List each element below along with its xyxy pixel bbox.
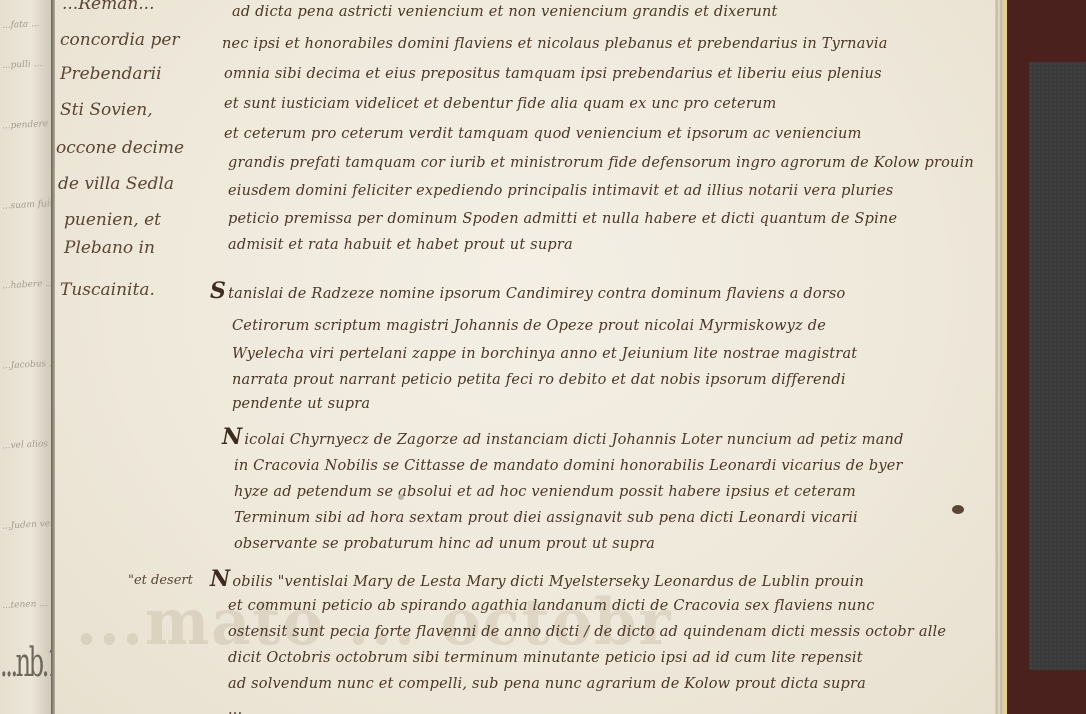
text-line: narrata prout narrant peticio petita fec… [232, 372, 846, 388]
text-line: ostensit sunt pecia forte flavenni de an… [228, 624, 946, 640]
left-page-fragment: ...fata ... ...pulli ... ...pendere ... … [0, 0, 52, 714]
margin-note: concordia per [60, 30, 180, 50]
margin-note: Tuscainita. [60, 280, 155, 300]
ghost-line: ...pulli ... [2, 59, 43, 71]
decorated-initial: N [210, 566, 230, 592]
text-line: Wyelecha viri pertelani zappe in borchin… [232, 346, 857, 362]
left-page-label: ...nb.118 [0, 640, 52, 686]
ghost-line: ...Juden vel ... [2, 518, 52, 531]
text-line: Nobilis "ventislai Mary de Lesta Mary di… [210, 566, 864, 592]
margin-note: Plebano in [64, 238, 155, 258]
decorated-initial: S [210, 278, 226, 304]
text-line: Nicolai Chyrnyecz de Zagorze ad instanci… [222, 424, 904, 450]
bleed-through-text: ...mato ... octobr [76, 585, 673, 660]
text-line: et communi peticio ab spirando agathia l… [228, 598, 875, 614]
decorated-initial: N [222, 424, 242, 450]
margin-note: occone decime [56, 138, 184, 158]
margin-note: puenien, et [64, 210, 161, 230]
ghost-line: ...Jacobus ... [2, 359, 52, 372]
text-line: pendente ut supra [232, 396, 370, 412]
margin-note: ...Reman... [62, 0, 155, 14]
margin-note: "et desert [128, 573, 193, 588]
paper-spot [398, 494, 404, 500]
text-line: peticio premissa per dominum Spoden admi… [228, 211, 897, 227]
text-line: hyze ad petendum se absolui et ad hoc ve… [234, 484, 856, 500]
text-line: dicit Octobris octobrum sibi terminum mi… [228, 650, 863, 666]
text-line: ad solvendum nunc et compelli, sub pena … [228, 676, 866, 692]
text-line: observante se probaturum hinc ad unum pr… [234, 536, 655, 552]
text-line: omnia sibi decima et eius prepositus tam… [224, 66, 882, 82]
text-line: Terminum sibi ad hora sextam prout diei … [234, 510, 858, 526]
ghost-line: ...vel alios ... [2, 439, 52, 452]
manuscript-scan: ...fata ... ...pulli ... ...pendere ... … [0, 0, 1086, 714]
text-line: et ceterum pro ceterum verdit tamquam qu… [224, 126, 862, 142]
text-line: Stanislai de Radzeze nomine ipsorum Cand… [210, 278, 845, 304]
ghost-line: ...pendere ... [2, 118, 52, 131]
text-line: nec ipsi et honorabiles domini flaviens … [222, 36, 888, 52]
text-line: eiusdem domini feliciter expediendo prin… [228, 183, 893, 199]
ghost-line: ...habere ... [2, 279, 52, 292]
ghost-line: ...suam fuit ... [2, 198, 52, 211]
margin-note: Prebendarii [60, 64, 162, 84]
ghost-line: ...tenen ... [2, 599, 48, 611]
margin-note: de villa Sedla [58, 174, 174, 194]
ghost-line: ...fata ... [2, 19, 40, 31]
text-line: in Cracovia Nobilis se Cittasse de manda… [234, 458, 903, 474]
background-surface [1029, 62, 1086, 670]
ink-stain [952, 505, 964, 514]
text-line: admisit et rata habuit et habet prout ut… [228, 237, 573, 253]
text-line: ad dicta pena astricti veniencium et non… [232, 4, 778, 20]
book-cover [1007, 0, 1086, 714]
text-line: grandis prefati tamquam cor iurib et min… [228, 155, 974, 171]
text-line: et sunt iusticiam videlicet et debentur … [224, 96, 776, 112]
text-line: Cetirorum scriptum magistri Johannis de … [232, 318, 826, 334]
margin-note: Sti Sovien, [60, 100, 153, 120]
text-line: ... [228, 702, 242, 714]
